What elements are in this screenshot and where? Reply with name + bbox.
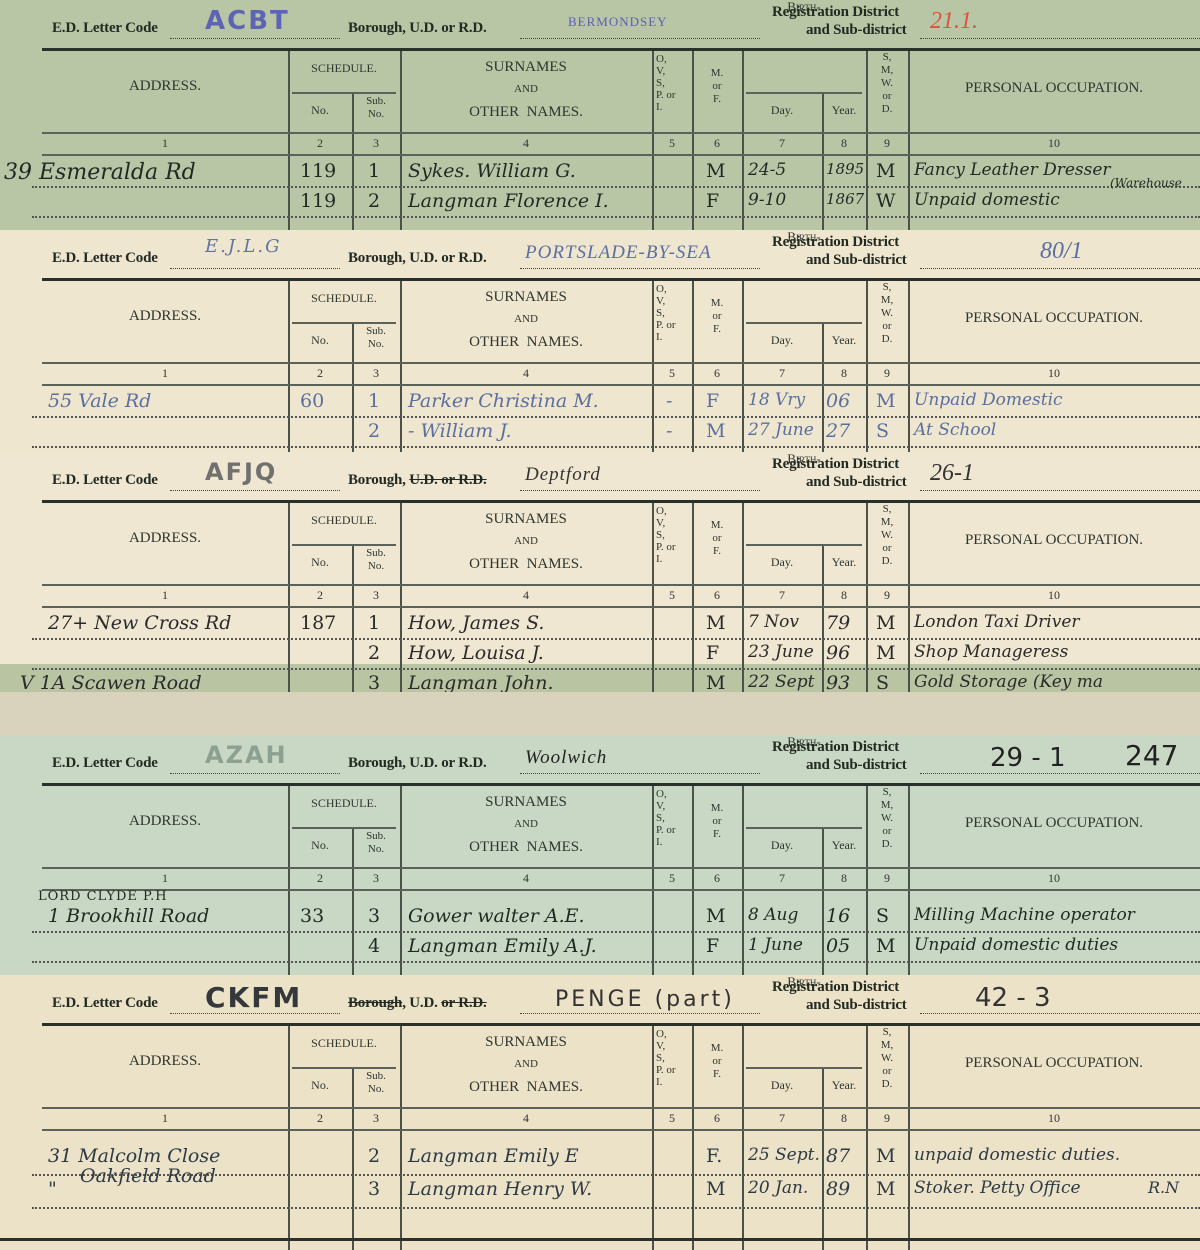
column-header-day: Day. xyxy=(742,1079,822,1092)
column-header-address: ADDRESS. xyxy=(42,530,288,547)
sex-cell: M xyxy=(706,420,725,442)
column-header-schedule-no: No. xyxy=(288,334,352,347)
registration-dots xyxy=(920,268,1200,269)
ed-letter-code-value: AZAH xyxy=(205,741,288,769)
schedule-no-cell: 119 xyxy=(300,160,336,182)
borough-value: Woolwich xyxy=(525,747,607,769)
column-header-marital: D. xyxy=(866,556,908,568)
column-header-sub-no: Sub. xyxy=(352,1071,400,1083)
birth-day-cell: 25 Sept. xyxy=(748,1145,820,1165)
column-divider xyxy=(652,1026,654,1250)
marital-cell: M xyxy=(876,160,895,182)
birth-year-cell: 27 xyxy=(826,420,850,442)
borough-label-struck-1: Borough xyxy=(348,995,402,1011)
column-header-ovspi: S, xyxy=(656,308,665,320)
birth-year-cell: 16 xyxy=(826,905,850,927)
column-header-sex: M. xyxy=(692,803,742,815)
column-header-sex: or xyxy=(692,533,742,545)
row-rule xyxy=(32,216,1200,218)
column-header-birth: Birth- xyxy=(742,230,866,244)
name-cell: How, Louisa J. xyxy=(408,642,544,664)
column-header-year: Year. xyxy=(822,839,866,852)
sub-no-cell: 3 xyxy=(368,905,380,927)
occupation-cell: Fancy Leather Dresser xyxy=(914,160,1111,180)
column-number: 6 xyxy=(692,136,742,151)
column-number: 7 xyxy=(742,366,822,381)
birth-day-cell: 8 Aug xyxy=(748,905,798,925)
column-header-sex: F. xyxy=(692,829,742,841)
number-row-top xyxy=(42,132,1200,134)
address-cell: " xyxy=(48,1178,57,1200)
column-number: 2 xyxy=(288,366,352,381)
name-cell: Langman John. xyxy=(408,672,554,692)
column-header-ovspi: I. xyxy=(656,332,662,344)
row-rule xyxy=(32,638,1200,640)
column-header-and: AND xyxy=(400,819,652,831)
column-header-and: AND xyxy=(400,84,652,96)
sub-no-cell: 1 xyxy=(368,390,380,412)
sub-no-cell: 1 xyxy=(368,612,380,634)
schedule-no-cell: 33 xyxy=(300,905,324,927)
borough-dots xyxy=(520,38,760,39)
row-rule xyxy=(32,416,1200,418)
birth-year-cell: 89 xyxy=(826,1178,850,1200)
sex-cell: F xyxy=(706,190,719,212)
column-header-ovspi: I. xyxy=(656,1077,662,1089)
birth-year-cell: 96 xyxy=(826,642,850,664)
column-header-marital: W. xyxy=(866,78,908,90)
ed-letter-code-value: E.J.L.G xyxy=(205,236,281,257)
column-number: 10 xyxy=(908,871,1200,886)
borough-dots xyxy=(520,490,760,491)
column-number: 6 xyxy=(692,588,742,603)
row-rule xyxy=(32,186,1200,188)
column-number: 10 xyxy=(908,588,1200,603)
column-number: 5 xyxy=(652,136,692,151)
ed-letter-code-label: E.D. Letter Code xyxy=(52,755,158,772)
column-header-ovspi: S, xyxy=(656,813,665,825)
column-header-ovspi: I. xyxy=(656,102,662,114)
column-header-marital: D. xyxy=(866,104,908,116)
column-header-day: Day. xyxy=(742,104,822,117)
column-header-occupation: PERSONAL OCCUPATION. xyxy=(908,310,1200,327)
column-number: 8 xyxy=(822,588,866,603)
column-header-ovspi: P. or xyxy=(656,825,676,837)
column-number: 4 xyxy=(400,588,652,603)
birth-year-cell: 87 xyxy=(826,1145,850,1167)
name-cell: Langman Emily A.J. xyxy=(408,935,597,957)
birth-day-cell: 7 Nov xyxy=(748,612,799,632)
column-header-sub-no: Sub. xyxy=(352,96,400,108)
name-cell: Sykes. William G. xyxy=(408,160,576,182)
column-number: 5 xyxy=(652,588,692,603)
birth-subrule xyxy=(746,322,862,324)
borough-label-struck: U.D. or R.D. xyxy=(409,472,486,488)
column-number: 4 xyxy=(400,1111,652,1126)
row-rule xyxy=(32,1207,1200,1209)
column-header-surnames: SURNAMES xyxy=(400,794,652,811)
column-header-marital: S, xyxy=(866,282,908,294)
schedule-subrule xyxy=(292,322,396,324)
column-header-ovspi: S, xyxy=(656,1053,665,1065)
column-header-sex: M. xyxy=(692,520,742,532)
schedule-no-cell: 187 xyxy=(300,612,336,634)
sex-cell: M xyxy=(706,672,725,692)
schedule-subrule xyxy=(292,827,396,829)
birth-day-cell: 20 Jan. xyxy=(748,1178,808,1198)
column-header-ovspi: O, xyxy=(656,506,667,518)
column-header-ovspi: I. xyxy=(656,554,662,566)
column-header-ovspi: O, xyxy=(656,1029,667,1041)
column-header-marital: or xyxy=(866,826,908,838)
column-header-marital: or xyxy=(866,543,908,555)
occupation-cell: Shop Manageress xyxy=(914,642,1068,662)
column-header-birth: Birth- xyxy=(742,975,866,989)
ed-letter-code-label: E.D. Letter Code xyxy=(52,20,158,37)
column-header-surnames: SURNAMES xyxy=(400,59,652,76)
number-row-top xyxy=(42,1107,1200,1109)
sub-no-cell: 4 xyxy=(368,935,380,957)
column-header-sex: or xyxy=(692,1056,742,1068)
column-number: 3 xyxy=(352,366,400,381)
column-number: 3 xyxy=(352,588,400,603)
birth-day-cell: 27 June xyxy=(748,420,814,440)
column-header-ovspi: V, xyxy=(656,296,665,308)
name-cell: Langman Henry W. xyxy=(408,1178,592,1200)
number-row-top xyxy=(42,362,1200,364)
column-header-ovspi: S, xyxy=(656,78,665,90)
column-number: 10 xyxy=(908,1111,1200,1126)
occupation-note: machinery Attendant xyxy=(914,690,1085,692)
column-header-ovspi: O, xyxy=(656,789,667,801)
column-header-address: ADDRESS. xyxy=(42,813,288,830)
column-number: 2 xyxy=(288,871,352,886)
column-header-sex: F. xyxy=(692,94,742,106)
borough-label-struck-2: or R.D. xyxy=(441,995,486,1011)
header-rule xyxy=(42,783,1200,786)
marital-cell: M xyxy=(876,1178,895,1200)
column-header-day: Day. xyxy=(742,556,822,569)
birth-day-cell: 24-5 xyxy=(748,160,786,180)
birth-day-cell: 23 June xyxy=(748,642,814,662)
register-entry-1: E.D. Letter CodeACBTBorough, U.D. or R.D… xyxy=(0,0,1200,232)
column-header-ovspi: S, xyxy=(656,530,665,542)
address-line-2: Oakfield Road xyxy=(80,1165,216,1187)
birth-subrule xyxy=(746,1067,862,1069)
column-number: 4 xyxy=(400,871,652,886)
column-number: 8 xyxy=(822,136,866,151)
marital-cell: S xyxy=(876,420,889,442)
column-number: 5 xyxy=(652,1111,692,1126)
column-header-and: AND xyxy=(400,1059,652,1071)
column-header-sex: M. xyxy=(692,298,742,310)
column-header-other-names: OTHER NAMES. xyxy=(400,556,652,573)
borough-value: Deptford xyxy=(525,464,601,486)
column-header-marital: or xyxy=(866,321,908,333)
registration-dots xyxy=(920,1013,1200,1014)
column-header-sex: or xyxy=(692,81,742,93)
borough-label: Borough, U.D. or R.D. xyxy=(348,472,487,489)
marital-cell: W xyxy=(876,190,896,212)
sub-district-label: and Sub-district xyxy=(806,22,907,39)
column-header-marital: S, xyxy=(866,504,908,516)
schedule-subrule xyxy=(292,1067,396,1069)
occupation-note: R.N xyxy=(1148,1178,1179,1197)
number-row-top xyxy=(42,584,1200,586)
column-header-address: ADDRESS. xyxy=(42,308,288,325)
sub-district-label: and Sub-district xyxy=(806,997,907,1014)
column-header-other-names: OTHER NAMES. xyxy=(400,104,652,121)
register-entry-4: E.D. Letter CodeAZAHBorough, U.D. or R.D… xyxy=(0,735,1200,975)
ed-letter-code-label: E.D. Letter Code xyxy=(52,472,158,489)
column-header-marital: S, xyxy=(866,787,908,799)
ed-letter-code-value: CKFM xyxy=(205,981,302,1014)
name-cell: Langman Emily E xyxy=(408,1145,579,1167)
column-number: 1 xyxy=(42,136,288,151)
column-number: 1 xyxy=(42,366,288,381)
birth-year-cell: 05 xyxy=(826,935,850,957)
column-number: 2 xyxy=(288,588,352,603)
borough-dots xyxy=(520,268,760,269)
name-cell: Gower walter A.E. xyxy=(408,905,585,927)
borough-value: PENGE (part) xyxy=(555,987,735,1012)
sub-no-cell: 2 xyxy=(368,1145,380,1167)
row-rule xyxy=(32,668,1200,670)
sex-cell: M xyxy=(706,1178,725,1200)
column-header-marital: D. xyxy=(866,839,908,851)
column-header-marital: or xyxy=(866,91,908,103)
marital-cell: M xyxy=(876,1145,895,1167)
column-number: 5 xyxy=(652,871,692,886)
sub-no-cell: 2 xyxy=(368,420,380,442)
sex-cell: M xyxy=(706,160,725,182)
column-header-day: Day. xyxy=(742,839,822,852)
birth-day-cell: 22 Sept xyxy=(748,672,814,692)
column-header-ovspi: P. or xyxy=(656,320,676,332)
column-header-year: Year. xyxy=(822,104,866,117)
occupation-cell: London Taxi Driver xyxy=(914,612,1080,632)
sub-no-cell: 2 xyxy=(368,642,380,664)
column-number: 6 xyxy=(692,871,742,886)
column-header-ovspi: O, xyxy=(656,54,667,66)
birth-day-cell: 18 Vry xyxy=(748,390,805,410)
register-entry-3: E.D. Letter CodeAFJQBorough, U.D. or R.D… xyxy=(0,452,1200,692)
birth-year-cell: 79 xyxy=(826,612,850,634)
column-header-ovspi: P. or xyxy=(656,1065,676,1077)
sub-no-cell: 3 xyxy=(368,672,380,692)
registration-dots xyxy=(920,773,1200,774)
borough-label: Borough, U.D. or R.D. xyxy=(348,995,487,1012)
sex-cell: F xyxy=(706,390,719,412)
sub-district-label: and Sub-district xyxy=(806,757,907,774)
schedule-subrule xyxy=(292,544,396,546)
column-header-marital: M, xyxy=(866,1040,908,1052)
column-divider xyxy=(742,1026,744,1250)
name-cell: Parker Christina M. xyxy=(408,390,599,412)
borough-value: PORTSLADE-BY-SEA xyxy=(525,242,712,264)
column-header-address: ADDRESS. xyxy=(42,1053,288,1070)
schedule-no-cell: 60 xyxy=(300,390,324,412)
address-cell: 27+ New Cross Rd xyxy=(48,612,231,634)
sub-district-label: and Sub-district xyxy=(806,252,907,269)
column-header-year: Year. xyxy=(822,1079,866,1092)
column-header-surnames: SURNAMES xyxy=(400,289,652,306)
column-number: 7 xyxy=(742,136,822,151)
register-entry-5: E.D. Letter CodeCKFMBorough, U.D. or R.D… xyxy=(0,975,1200,1250)
schedule-subrule xyxy=(292,92,396,94)
column-header-marital: M, xyxy=(866,800,908,812)
name-cell: Langman Florence I. xyxy=(408,190,609,212)
ovspi-cell: - xyxy=(666,420,672,442)
sub-no-cell: 3 xyxy=(368,1178,380,1200)
birth-subrule xyxy=(746,544,862,546)
name-cell: How, James S. xyxy=(408,612,544,634)
column-header-surnames: SURNAMES xyxy=(400,1034,652,1051)
column-number: 10 xyxy=(908,366,1200,381)
column-number: 6 xyxy=(692,366,742,381)
column-number: 10 xyxy=(908,136,1200,151)
sex-cell: M xyxy=(706,612,725,634)
registration-dots xyxy=(920,38,1200,39)
borough-label: Borough, U.D. or R.D. xyxy=(348,20,487,37)
column-header-schedule: SCHEDULE. xyxy=(288,292,400,305)
column-header-occupation: PERSONAL OCCUPATION. xyxy=(908,1055,1200,1072)
marital-cell: S xyxy=(876,905,889,927)
registration-district-value: 21.1. xyxy=(930,8,978,35)
column-number: 9 xyxy=(866,136,908,151)
column-header-sex: or xyxy=(692,816,742,828)
column-header-marital: D. xyxy=(866,334,908,346)
column-header-occupation: PERSONAL OCCUPATION. xyxy=(908,532,1200,549)
column-header-schedule-no: No. xyxy=(288,1079,352,1092)
marital-cell: M xyxy=(876,390,895,412)
column-header-sub-no-2: No. xyxy=(352,561,400,573)
column-header-marital: W. xyxy=(866,813,908,825)
occupation-cell: Stoker. Petty Office xyxy=(914,1178,1081,1198)
occupation-cell: Gold Storage (Key ma xyxy=(914,672,1103,692)
column-number: 5 xyxy=(652,366,692,381)
address-cell: V 1A Scawen Road xyxy=(20,672,202,692)
column-number: 9 xyxy=(866,1111,908,1126)
ed-letter-code-dots xyxy=(170,490,340,491)
column-header-other-names: OTHER NAMES. xyxy=(400,1079,652,1096)
column-header-sex: M. xyxy=(692,1043,742,1055)
column-number: 8 xyxy=(822,1111,866,1126)
column-header-schedule: SCHEDULE. xyxy=(288,797,400,810)
registration-district-value: 26-1 xyxy=(930,460,974,487)
register-entry-2: E.D. Letter CodeE.J.L.GBorough, U.D. or … xyxy=(0,230,1200,452)
column-number: 4 xyxy=(400,366,652,381)
birth-year-cell: 06 xyxy=(826,390,850,412)
borough-label-text: Borough, xyxy=(348,472,409,488)
schedule-no-cell: 119 xyxy=(300,190,336,212)
sex-cell: F xyxy=(706,642,719,664)
column-header-sub-no: Sub. xyxy=(352,326,400,338)
borough-dots xyxy=(520,1013,760,1014)
column-number: 1 xyxy=(42,588,288,603)
footer-rule xyxy=(0,1238,1200,1241)
borough-label-text: , U.D. xyxy=(402,995,441,1011)
ed-letter-code-dots xyxy=(170,773,340,774)
column-header-ovspi: V, xyxy=(656,801,665,813)
column-header-schedule-no: No. xyxy=(288,556,352,569)
occupation-cell: Unpaid domestic duties xyxy=(914,935,1118,955)
column-number: 3 xyxy=(352,871,400,886)
address-note: LORD CLYDE P.H xyxy=(38,889,168,904)
column-header-ovspi: V, xyxy=(656,66,665,78)
number-row-bottom xyxy=(42,1129,1200,1131)
address-cell: 39 Esmeralda Rd xyxy=(4,160,196,185)
column-header-day: Day. xyxy=(742,334,822,347)
header-rule xyxy=(42,278,1200,281)
marital-cell: M xyxy=(876,642,895,664)
marital-cell: S xyxy=(876,672,889,692)
row-rule xyxy=(32,446,1200,448)
ed-letter-code-value: AFJQ xyxy=(205,458,277,486)
column-header-and: AND xyxy=(400,314,652,326)
column-number: 8 xyxy=(822,366,866,381)
sex-cell: F xyxy=(706,935,719,957)
column-header-ovspi: P. or xyxy=(656,542,676,554)
column-header-marital: D. xyxy=(866,1079,908,1091)
column-header-schedule-no: No. xyxy=(288,104,352,117)
column-number: 9 xyxy=(866,871,908,886)
column-header-occupation: PERSONAL OCCUPATION. xyxy=(908,80,1200,97)
sex-cell: M xyxy=(706,905,725,927)
number-row-bottom xyxy=(42,889,1200,891)
column-header-ovspi: P. or xyxy=(656,90,676,102)
birth-subrule xyxy=(746,827,862,829)
ed-letter-code-dots xyxy=(170,268,340,269)
address-cell: 55 Vale Rd xyxy=(48,390,151,412)
ed-letter-code-label: E.D. Letter Code xyxy=(52,995,158,1012)
column-header-birth: Birth- xyxy=(742,0,866,14)
column-number: 3 xyxy=(352,1111,400,1126)
name-cell: - William J. xyxy=(408,420,512,442)
column-header-sub-no-2: No. xyxy=(352,1084,400,1096)
column-header-address: ADDRESS. xyxy=(42,78,288,95)
occupation-cell: unpaid domestic duties. xyxy=(914,1145,1120,1165)
column-header-marital: M, xyxy=(866,65,908,77)
sub-district-label: and Sub-district xyxy=(806,474,907,491)
column-header-schedule: SCHEDULE. xyxy=(288,514,400,527)
column-header-sex: M. xyxy=(692,68,742,80)
address-cell: 31 Malcolm Close xyxy=(48,1145,220,1167)
sub-no-cell: 1 xyxy=(368,160,380,182)
marital-cell: M xyxy=(876,612,895,634)
column-header-other-names: OTHER NAMES. xyxy=(400,334,652,351)
sex-cell: F. xyxy=(706,1145,722,1167)
ovspi-cell: - xyxy=(666,390,672,412)
column-number: 7 xyxy=(742,1111,822,1126)
column-header-ovspi: V, xyxy=(656,1041,665,1053)
column-header-sub-no-2: No. xyxy=(352,844,400,856)
column-header-surnames: SURNAMES xyxy=(400,511,652,528)
sub-no-cell: 2 xyxy=(368,190,380,212)
column-number: 1 xyxy=(42,871,288,886)
header-rule xyxy=(42,1023,1200,1026)
borough-dots xyxy=(520,773,760,774)
column-number: 9 xyxy=(866,366,908,381)
column-header-schedule: SCHEDULE. xyxy=(288,62,400,75)
registration-district-value: 29 - 1 xyxy=(990,743,1066,773)
ed-letter-code-value: ACBT xyxy=(205,6,290,36)
address-cell: 1 Brookhill Road xyxy=(48,905,209,927)
occupation-cell: Unpaid domestic xyxy=(914,190,1060,210)
occupation-note: (Warehouse xyxy=(1110,176,1182,190)
header-rule xyxy=(42,48,1200,51)
birth-year-cell: 1895 xyxy=(826,160,864,178)
